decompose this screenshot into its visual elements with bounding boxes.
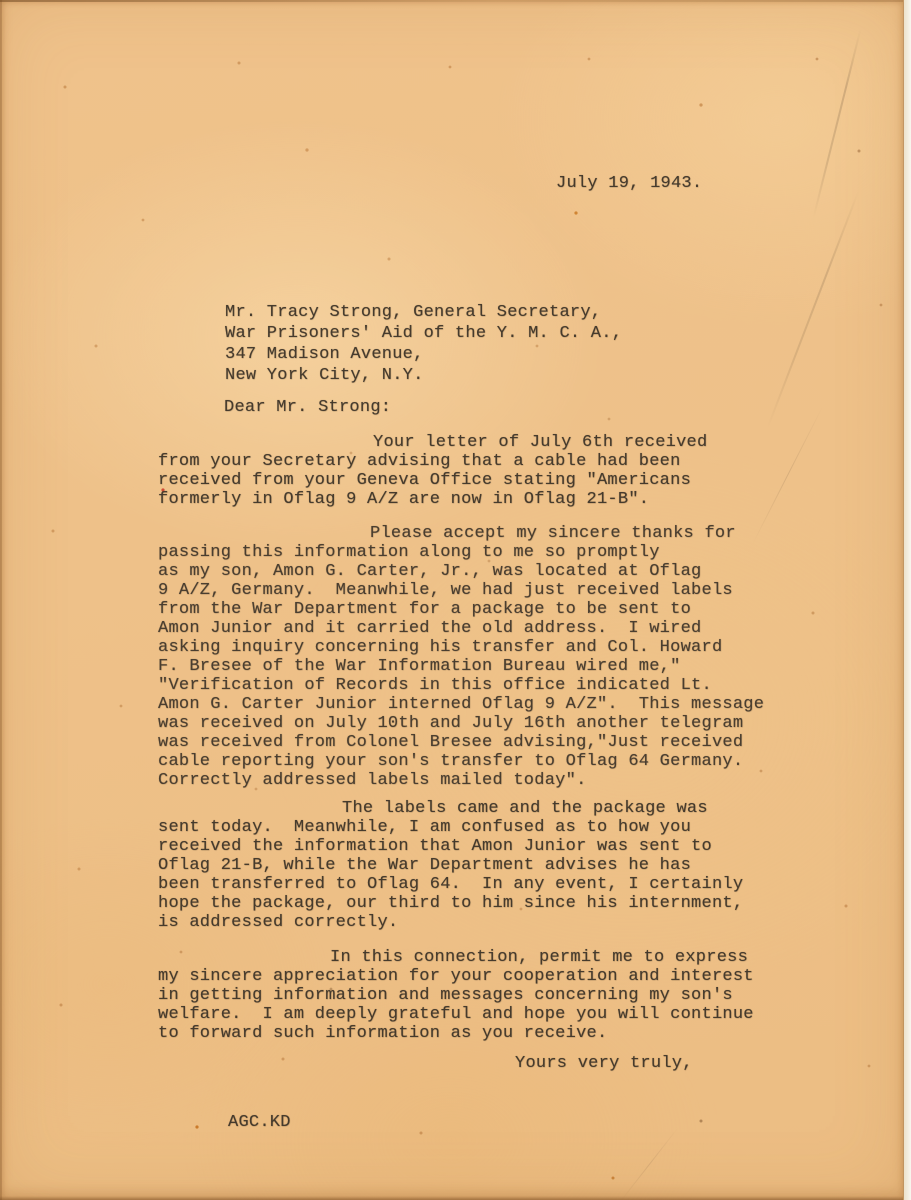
paragraph-1: Your letter of July 6th received from yo… [158,433,803,509]
scratch-mark [619,1128,678,1200]
recipient-address: Mr. Tracy Strong, General Secretary, War… [225,302,622,386]
paper-edge-top [0,0,903,2]
closing-line: Yours very truly, [515,1054,693,1073]
paragraph-4: In this connection, permit me to express… [158,948,803,1043]
scratch-mark [812,29,861,219]
letter-date: July 19, 1943. [556,174,702,193]
letter-paper: July 19, 1943. Mr. Tracy Strong, General… [0,0,904,1200]
paper-edge-bottom [0,1196,903,1200]
scratch-mark [766,190,859,429]
paper-edge-left [0,0,2,1200]
scanner-edge-strip [904,0,911,1200]
reference-initials: AGC.KD [228,1113,291,1132]
paragraph-2: Please accept my sincere thanks for pass… [158,524,803,790]
paragraph-3: The labels came and the package was sent… [158,799,803,932]
salutation: Dear Mr. Strong: [224,398,391,417]
scanned-letter: July 19, 1943. Mr. Tracy Strong, General… [0,0,911,1200]
